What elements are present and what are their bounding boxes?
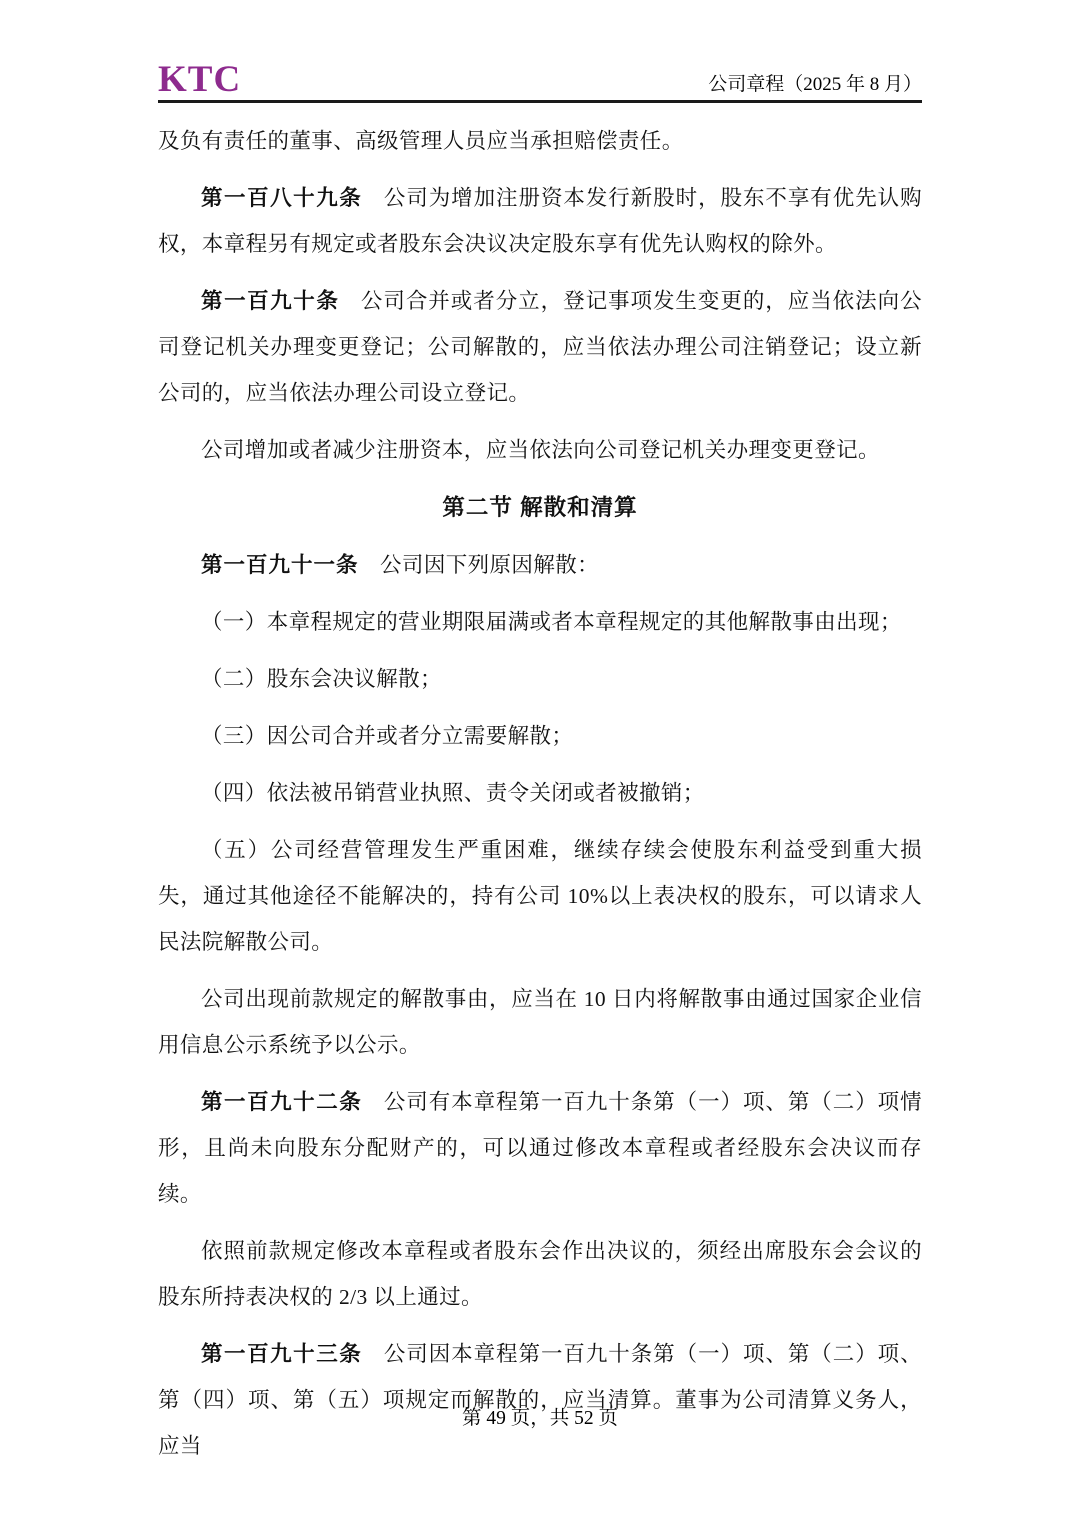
article-number: 第一百九十二条 <box>201 1090 362 1114</box>
body-paragraph: （三）因公司合并或者分立需要解散； <box>158 713 922 759</box>
article-number: 第一百八十九条 <box>201 186 362 210</box>
body-paragraph: 依照前款规定修改本章程或者股东会作出决议的，须经出席股东会会议的股东所持表决权的… <box>158 1228 922 1320</box>
article-paragraph: 第一百八十九条公司为增加注册资本发行新股时，股东不享有优先认购权，本章程另有规定… <box>158 175 922 267</box>
body-paragraph: 及负有责任的董事、高级管理人员应当承担赔偿责任。 <box>158 118 922 164</box>
body-paragraph: （二）股东会决议解散； <box>158 656 922 702</box>
body-paragraph: （五）公司经营管理发生严重困难，继续存续会使股东利益受到重大损失，通过其他途径不… <box>158 827 922 965</box>
body-paragraph: （一）本章程规定的营业期限届满或者本章程规定的其他解散事由出现； <box>158 599 922 645</box>
article-number: 第一百九十一条 <box>201 553 359 577</box>
body-paragraph: 公司增加或者减少注册资本，应当依法向公司登记机关办理变更登记。 <box>158 427 922 473</box>
document-page: KTC 公司章程（2025 年 8 月） 及负有责任的董事、高级管理人员应当承担… <box>0 0 1080 1527</box>
section-heading: 第二节 解散和清算 <box>158 485 922 531</box>
body-paragraph: （四）依法被吊销营业执照、责令关闭或者被撤销； <box>158 770 922 816</box>
ktc-logo: KTC <box>158 62 241 98</box>
article-paragraph: 第一百九十一条公司因下列原因解散： <box>158 542 922 588</box>
article-paragraph: 第一百九十三条公司因本章程第一百九十条第（一）项、第（二）项、第（四）项、第（五… <box>158 1331 922 1469</box>
article-number: 第一百九十三条 <box>201 1342 362 1366</box>
article-paragraph: 第一百九十条公司合并或者分立，登记事项发生变更的，应当依法向公司登记机关办理变更… <box>158 278 922 416</box>
page-header: KTC 公司章程（2025 年 8 月） <box>158 0 922 103</box>
page-number-text: 第 49 页，共 52 页 <box>462 1408 618 1429</box>
page-footer: 第 49 页，共 52 页 <box>0 1404 1080 1434</box>
header-doc-title: 公司章程（2025 年 8 月） <box>708 72 922 98</box>
article-number: 第一百九十条 <box>201 289 339 313</box>
article-paragraph: 第一百九十二条公司有本章程第一百九十条第（一）项、第（二）项情形，且尚未向股东分… <box>158 1079 922 1217</box>
body-paragraph: 公司出现前款规定的解散事由，应当在 10 日内将解散事由通过国家企业信用信息公示… <box>158 976 922 1068</box>
document-body: 及负有责任的董事、高级管理人员应当承担赔偿责任。第一百八十九条公司为增加注册资本… <box>158 103 922 1469</box>
